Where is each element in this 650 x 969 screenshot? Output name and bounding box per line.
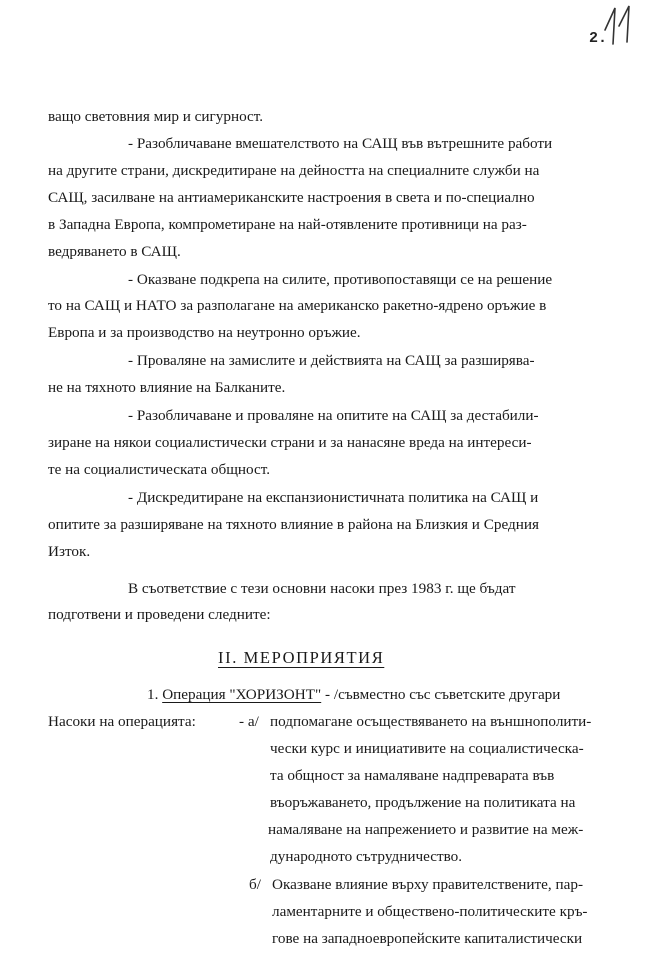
guidelines-label: Насоки на операцията: — [48, 713, 196, 731]
body-text-line: на другите страни, дискредитиране на дей… — [48, 162, 539, 180]
body-text-line: опитите за разширяване на тяхното влияни… — [48, 516, 539, 534]
item-marker: - а/ — [239, 713, 259, 731]
body-text-line: гове на западноевропейските капиталистич… — [272, 930, 582, 948]
body-text-line: то на САЩ и НАТО за разполагане на амери… — [48, 297, 546, 315]
body-text-line: дународното сътрудничество. — [270, 848, 462, 866]
body-text-line: не на тяхното влияние на Балканите. — [48, 379, 285, 397]
body-text-line: Европа и за производство на неутронно ор… — [48, 324, 361, 342]
section-heading: II. МЕРОПРИЯТИЯ — [218, 648, 384, 668]
body-text-line: те на социалистическата общност. — [48, 461, 270, 479]
body-text-line: чески курс и инициативите на социалистич… — [270, 740, 584, 758]
item-marker: б/ — [249, 876, 261, 894]
body-text-line: - Разобличаване и проваляне на опитите н… — [128, 407, 539, 425]
operation-line: 1. Операция "ХОРИЗОНТ" - /съвместно със … — [147, 686, 560, 704]
body-text-line: ламентарните и обществено-политическите … — [272, 903, 587, 921]
body-text-line: въоръжаването, продължение на политиката… — [270, 794, 575, 812]
body-text-line: намаляване на напрежението и развитие на… — [268, 821, 583, 839]
body-text-line: Изток. — [48, 543, 90, 561]
body-text-line: в Западна Европа, компрометиране на най-… — [48, 216, 527, 234]
body-text-line: подпомагане осъществяването на външнопол… — [270, 713, 591, 731]
operation-note: - /съвместно със съветските другари — [325, 686, 560, 703]
body-text-line: та общност за намаляване надпреварата въ… — [270, 767, 554, 785]
operation-name: Операция "ХОРИЗОНТ" — [162, 686, 321, 703]
body-text-line: Оказване влияние върху правителствените,… — [272, 876, 583, 894]
body-text-line: - Дискредитиране на експанзионистичната … — [128, 489, 538, 507]
body-text-line: зиране на някои социалистически страни и… — [48, 434, 532, 452]
body-text-line: - Проваляне на замислите и действията на… — [128, 352, 535, 370]
body-text-line: подготвени и проведени следните: — [48, 606, 271, 624]
operation-number: 1. — [147, 686, 158, 703]
handwritten-page-annotation — [601, 4, 641, 46]
body-text-line: - Разобличаване вмешателството на САЩ въ… — [128, 135, 552, 153]
body-text-line: САЩ, засилване на антиамериканските наст… — [48, 189, 535, 207]
document-page: 2. ващо световния мир и сигурност. - Раз… — [0, 0, 650, 969]
body-text-line: - Оказване подкрепа на силите, противопо… — [128, 271, 552, 289]
body-text-line: ведряването в САЩ. — [48, 243, 181, 261]
body-text-line: В съответствие с тези основни насоки пре… — [128, 580, 515, 598]
body-text-line: ващо световния мир и сигурност. — [48, 108, 263, 126]
